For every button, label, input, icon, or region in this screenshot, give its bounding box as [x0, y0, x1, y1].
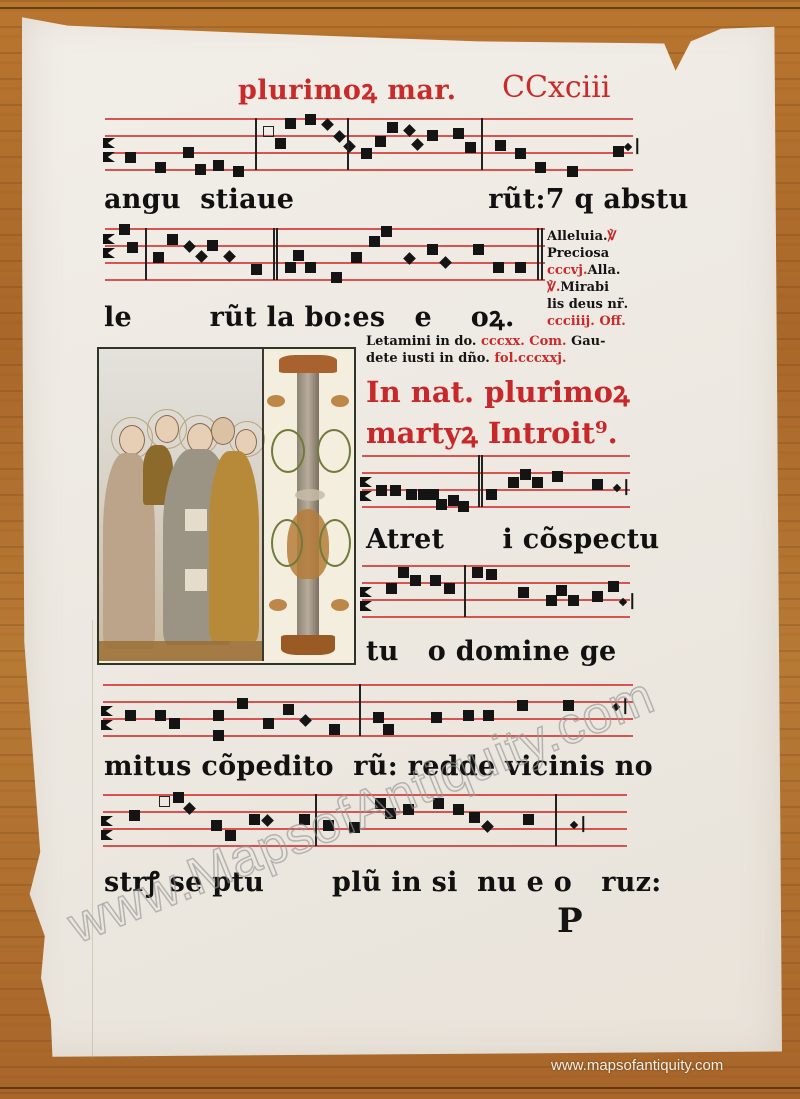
lyric-line-3: Atret i cõspectu: [366, 524, 659, 555]
custos-icon: [624, 143, 632, 151]
running-title: plurimoꝝ mar.: [238, 70, 457, 107]
rubric-side-note: Alleluia.℣ Preciosa cccvj.Alla. ℣.Mirabi…: [547, 228, 657, 330]
folio-number: CCxciii: [502, 70, 610, 105]
paper-fold-line: [92, 620, 93, 1060]
c-clef-icon: [101, 816, 113, 846]
c-clef-icon: [103, 234, 115, 264]
staff-1: [105, 118, 633, 170]
rubric-lower-note: Letamini in do. cccxx. Com. Gau- dete iu…: [366, 333, 666, 367]
introit-heading: In nat. plurimoꝝ martyꝝ Introit⁹.: [366, 372, 630, 454]
lyric-line-1: angu stiaue rũt:7 q abstu: [104, 184, 689, 215]
c-clef-icon: [103, 138, 115, 168]
staff-4: [362, 565, 630, 617]
c-clef-icon: [360, 477, 372, 507]
candelabra-column: [265, 349, 352, 661]
decorated-initial-p: P: [557, 901, 583, 941]
woodcut-illustration: [97, 347, 356, 665]
website-credit: www.mapsofantiquity.com: [551, 1057, 723, 1074]
wood-seam-top: [0, 7, 800, 9]
c-clef-icon: [360, 587, 372, 617]
staff-2: [105, 228, 545, 280]
lyric-line-2: le rũt la bo:es e oꝝ.: [104, 297, 515, 334]
wood-seam-bottom: [0, 1087, 800, 1089]
lyric-line-4: tu o domine ge: [366, 636, 617, 667]
staff-3: [362, 455, 630, 507]
c-clef-icon: [101, 706, 113, 736]
saints-scene: [99, 349, 262, 661]
